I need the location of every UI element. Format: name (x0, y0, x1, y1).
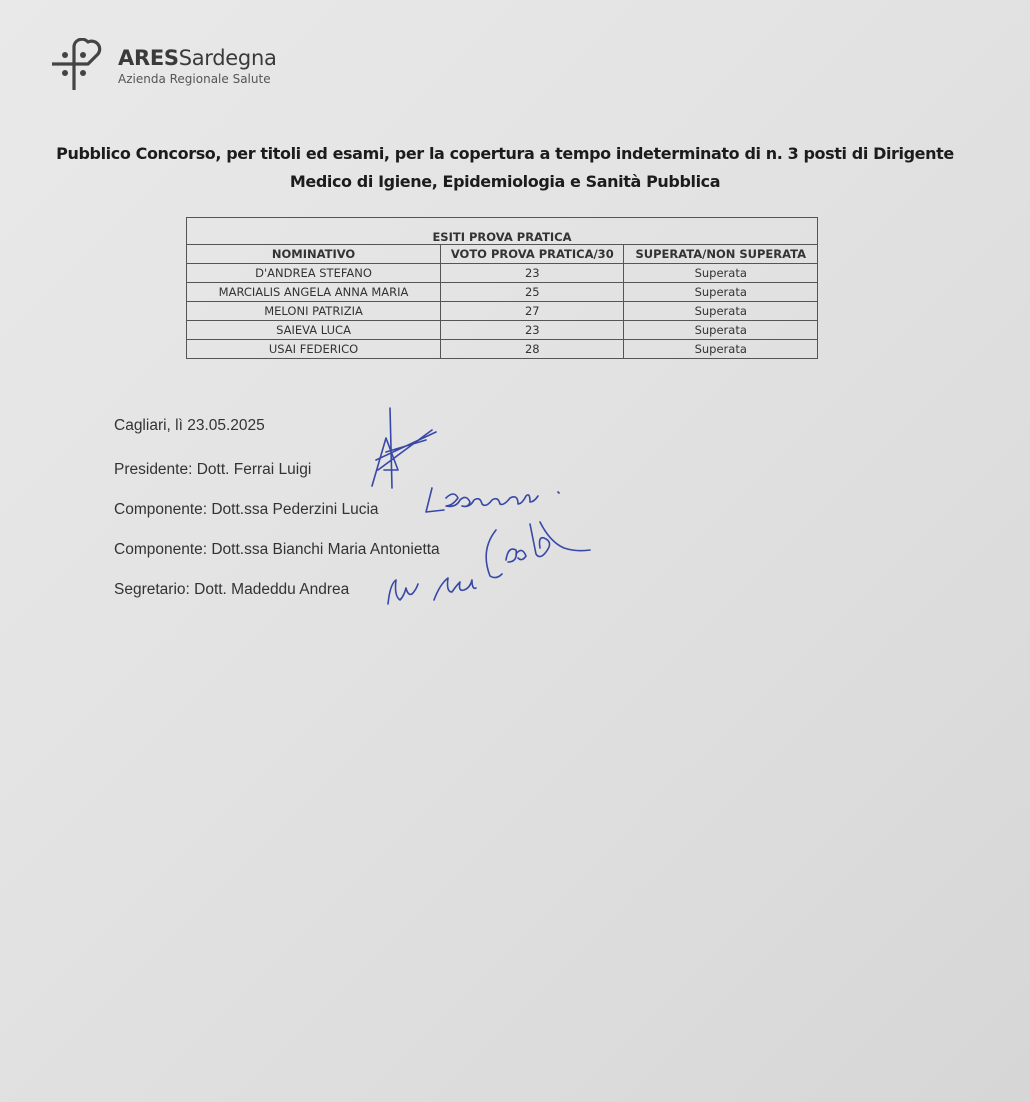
cell-name: USAI FEDERICO (187, 340, 441, 359)
signature-block: Cagliari, lì 23.05.2025 Presidente: Dott… (114, 414, 440, 618)
brand-tagline: Azienda Regionale Salute (118, 72, 277, 86)
cell-outcome: Superata (624, 283, 818, 302)
signatory-member-2: Componente: Dott.ssa Bianchi Maria Anton… (114, 538, 440, 578)
column-header-name: NOMINATIVO (187, 245, 441, 264)
table-row: SAIEVA LUCA23Superata (187, 321, 818, 340)
table-row: MELONI PATRIZIA27Superata (187, 302, 818, 321)
cell-outcome: Superata (624, 264, 818, 283)
brand-regular: Sardegna (179, 46, 277, 70)
cell-outcome: Superata (624, 340, 818, 359)
signature-member-2-icon (486, 522, 590, 578)
cell-score: 27 (441, 302, 624, 321)
cell-outcome: Superata (624, 321, 818, 340)
cell-name: MELONI PATRIZIA (187, 302, 441, 321)
signatory-member-1: Componente: Dott.ssa Pederzini Lucia (114, 498, 440, 538)
column-header-outcome: SUPERATA/NON SUPERATA (624, 245, 818, 264)
brand-bold: ARES (118, 46, 179, 70)
signatory-president: Presidente: Dott. Ferrai Luigi (114, 458, 440, 498)
table-caption: ESITI PROVA PRATICA (187, 218, 818, 245)
document-title: Pubblico Concorso, per titoli ed esami, … (40, 140, 970, 196)
results-table: ESITI PROVA PRATICA NOMINATIVO VOTO PROV… (186, 217, 818, 359)
cell-name: MARCIALIS ANGELA ANNA MARIA (187, 283, 441, 302)
cell-name: SAIEVA LUCA (187, 321, 441, 340)
signature-member-1-icon (426, 488, 559, 512)
signatory-secretary: Segretario: Dott. Madeddu Andrea (114, 578, 440, 618)
table-row: MARCIALIS ANGELA ANNA MARIA25Superata (187, 283, 818, 302)
ares-logo-icon (48, 38, 106, 96)
cell-outcome: Superata (624, 302, 818, 321)
table-row: USAI FEDERICO28Superata (187, 340, 818, 359)
column-header-score: VOTO PROVA PRATICA/30 (441, 245, 624, 264)
logo: ARESSardegna Azienda Regionale Salute (48, 38, 277, 96)
cell-score: 23 (441, 321, 624, 340)
cell-score: 23 (441, 264, 624, 283)
cell-name: D'ANDREA STEFANO (187, 264, 441, 283)
cell-score: 25 (441, 283, 624, 302)
table-row: D'ANDREA STEFANO23Superata (187, 264, 818, 283)
brand-name: ARESSardegna (118, 46, 277, 70)
place-date: Cagliari, lì 23.05.2025 (114, 414, 440, 458)
cell-score: 28 (441, 340, 624, 359)
